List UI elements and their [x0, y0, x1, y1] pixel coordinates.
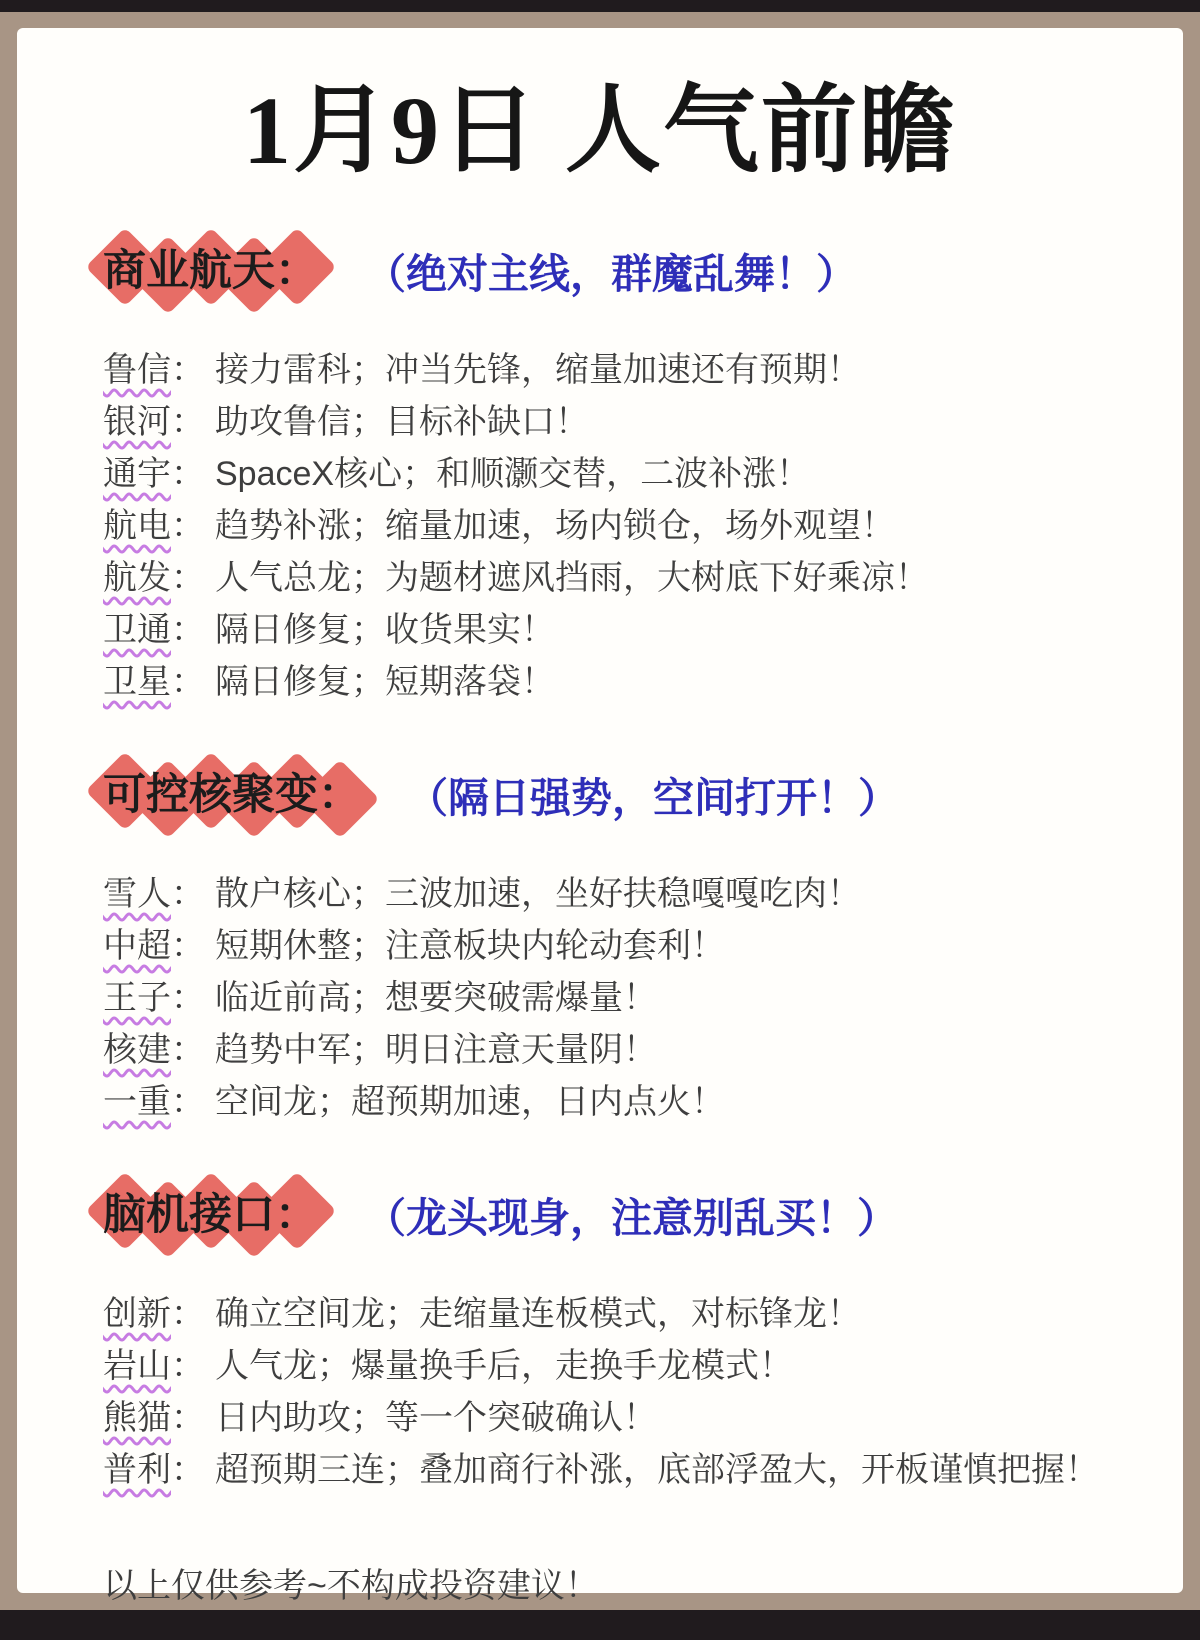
section-brain-computer-interface: 脑机接口： （龙头现身，注意别乱买！） 创新：确立空间龙；走缩量连板模式，对标锋…: [103, 1178, 1097, 1496]
colon-separator: ：: [171, 875, 205, 913]
stock-item: 熊猫：日内助攻；等一个突破确认！: [103, 1392, 1097, 1444]
section-label: 商业航天：: [103, 234, 318, 308]
stock-item: 中超：短期休整；注意板块内轮动套利！: [103, 920, 1097, 972]
stock-comment: 空间龙；超预期加速，日内点火！: [215, 1083, 725, 1121]
stock-name: 普利: [103, 1451, 171, 1489]
stock-list: 鲁信：接力雷科；冲当先锋，缩量加速还有预期！ 银河：助攻鲁信；目标补缺口！ 通宇…: [103, 344, 1097, 708]
section-note: （隔日强势，空间打开！）: [407, 765, 899, 824]
section-header: 可控核聚变： （隔日强势，空间打开！）: [103, 758, 1097, 832]
colon-separator: ：: [171, 611, 205, 649]
stock-name: 一重: [103, 1083, 171, 1121]
colon-separator: ：: [171, 455, 205, 493]
stock-name: 通宇: [103, 455, 171, 493]
stock-name: 创新: [103, 1295, 171, 1333]
stock-name: 航发: [103, 559, 171, 597]
stock-comment: 日内助攻；等一个突破确认！: [215, 1399, 657, 1437]
poster-frame: 1月9日 人气前瞻 商业航天： （绝对主线，群魔乱舞！） 鲁信：接力雷科；冲当先…: [0, 12, 1200, 1610]
stock-item: 普利：超预期三连；叠加商行补涨，底部浮盈大，开板谨慎把握！: [103, 1444, 1097, 1496]
page-title: 1月9日 人气前瞻: [103, 78, 1097, 184]
stock-comment: 助攻鲁信；目标补缺口！: [215, 403, 589, 441]
section-label-badge: 商业航天：: [103, 234, 331, 308]
stock-comment: SpaceX核心；和顺灏交替，二波补涨！: [215, 455, 810, 493]
stock-comment: 短期休整；注意板块内轮动套利！: [215, 927, 725, 965]
section-nuclear-fusion: 可控核聚变： （隔日强势，空间打开！） 雪人：散户核心；三波加速，坐好扶稳嘎嘎吃…: [103, 758, 1097, 1128]
stock-item: 银河：助攻鲁信；目标补缺口！: [103, 396, 1097, 448]
stock-item: 卫星：隔日修复；短期落袋！: [103, 656, 1097, 708]
stock-comment: 临近前高；想要突破需爆量！: [215, 979, 657, 1017]
colon-separator: ：: [171, 1347, 205, 1385]
stock-item: 岩山：人气龙；爆量换手后，走换手龙模式！: [103, 1340, 1097, 1392]
stock-comment: 超预期三连；叠加商行补涨，底部浮盈大，开板谨慎把握！: [215, 1451, 1099, 1489]
stock-item: 卫通：隔日修复；收货果实！: [103, 604, 1097, 656]
stock-name: 卫通: [103, 611, 171, 649]
stock-name: 熊猫: [103, 1399, 171, 1437]
stock-item: 王子：临近前高；想要突破需爆量！: [103, 972, 1097, 1024]
section-label-badge: 脑机接口：: [103, 1178, 331, 1252]
section-header: 商业航天： （绝对主线，群魔乱舞！）: [103, 234, 1097, 308]
colon-separator: ：: [171, 507, 205, 545]
colon-separator: ：: [171, 927, 205, 965]
stock-name: 岩山: [103, 1347, 171, 1385]
section-commercial-aerospace: 商业航天： （绝对主线，群魔乱舞！） 鲁信：接力雷科；冲当先锋，缩量加速还有预期…: [103, 234, 1097, 708]
stock-item: 航发：人气总龙；为题材遮风挡雨，大树底下好乘凉！: [103, 552, 1097, 604]
disclaimer-text: 以上仅供参考~不构成投资建议！: [103, 1558, 1097, 1607]
colon-separator: ：: [171, 559, 205, 597]
colon-separator: ：: [171, 979, 205, 1017]
colon-separator: ：: [171, 1295, 205, 1333]
stock-list: 雪人：散户核心；三波加速，坐好扶稳嘎嘎吃肉！ 中超：短期休整；注意板块内轮动套利…: [103, 868, 1097, 1128]
stock-comment: 隔日修复；收货果实！: [215, 611, 555, 649]
colon-separator: ：: [171, 1399, 205, 1437]
stock-comment: 人气总龙；为题材遮风挡雨，大树底下好乘凉！: [215, 559, 929, 597]
stock-item: 航电：趋势补涨；缩量加速，场内锁仓，场外观望！: [103, 500, 1097, 552]
stock-name: 航电: [103, 507, 171, 545]
stock-item: 核建：趋势中军；明日注意天量阴！: [103, 1024, 1097, 1076]
stock-item: 雪人：散户核心；三波加速，坐好扶稳嘎嘎吃肉！: [103, 868, 1097, 920]
stock-comment: 接力雷科；冲当先锋，缩量加速还有预期！: [215, 351, 861, 389]
stock-name: 银河: [103, 403, 171, 441]
stock-comment: 确立空间龙；走缩量连板模式，对标锋龙！: [215, 1295, 861, 1333]
stock-comment: 趋势中军；明日注意天量阴！: [215, 1031, 657, 1069]
section-label: 可控核聚变：: [103, 758, 361, 832]
stock-name: 鲁信: [103, 351, 171, 389]
stock-item: 鲁信：接力雷科；冲当先锋，缩量加速还有预期！: [103, 344, 1097, 396]
section-label-badge: 可控核聚变：: [103, 758, 373, 832]
section-label: 脑机接口：: [103, 1178, 318, 1252]
stock-comment: 人气龙；爆量换手后，走换手龙模式！: [215, 1347, 793, 1385]
stock-item: 创新：确立空间龙；走缩量连板模式，对标锋龙！: [103, 1288, 1097, 1340]
stock-name: 雪人: [103, 875, 171, 913]
section-note: （绝对主线，群魔乱舞！）: [365, 241, 857, 300]
stock-name: 卫星: [103, 663, 171, 701]
colon-separator: ：: [171, 1451, 205, 1489]
colon-separator: ：: [171, 403, 205, 441]
colon-separator: ：: [171, 1083, 205, 1121]
stock-comment: 趋势补涨；缩量加速，场内锁仓，场外观望！: [215, 507, 895, 545]
stock-item: 通宇：SpaceX核心；和顺灏交替，二波补涨！: [103, 448, 1097, 500]
colon-separator: ：: [171, 1031, 205, 1069]
stock-name: 中超: [103, 927, 171, 965]
stock-name: 核建: [103, 1031, 171, 1069]
stock-item: 一重：空间龙；超预期加速，日内点火！: [103, 1076, 1097, 1128]
poster-card: 1月9日 人气前瞻 商业航天： （绝对主线，群魔乱舞！） 鲁信：接力雷科；冲当先…: [17, 28, 1183, 1593]
stock-name: 王子: [103, 979, 171, 1017]
stock-comment: 散户核心；三波加速，坐好扶稳嘎嘎吃肉！: [215, 875, 861, 913]
section-header: 脑机接口： （龙头现身，注意别乱买！）: [103, 1178, 1097, 1252]
colon-separator: ：: [171, 663, 205, 701]
colon-separator: ：: [171, 351, 205, 389]
section-note: （龙头现身，注意别乱买！）: [365, 1185, 898, 1244]
stock-comment: 隔日修复；短期落袋！: [215, 663, 555, 701]
stock-list: 创新：确立空间龙；走缩量连板模式，对标锋龙！ 岩山：人气龙；爆量换手后，走换手龙…: [103, 1288, 1097, 1496]
